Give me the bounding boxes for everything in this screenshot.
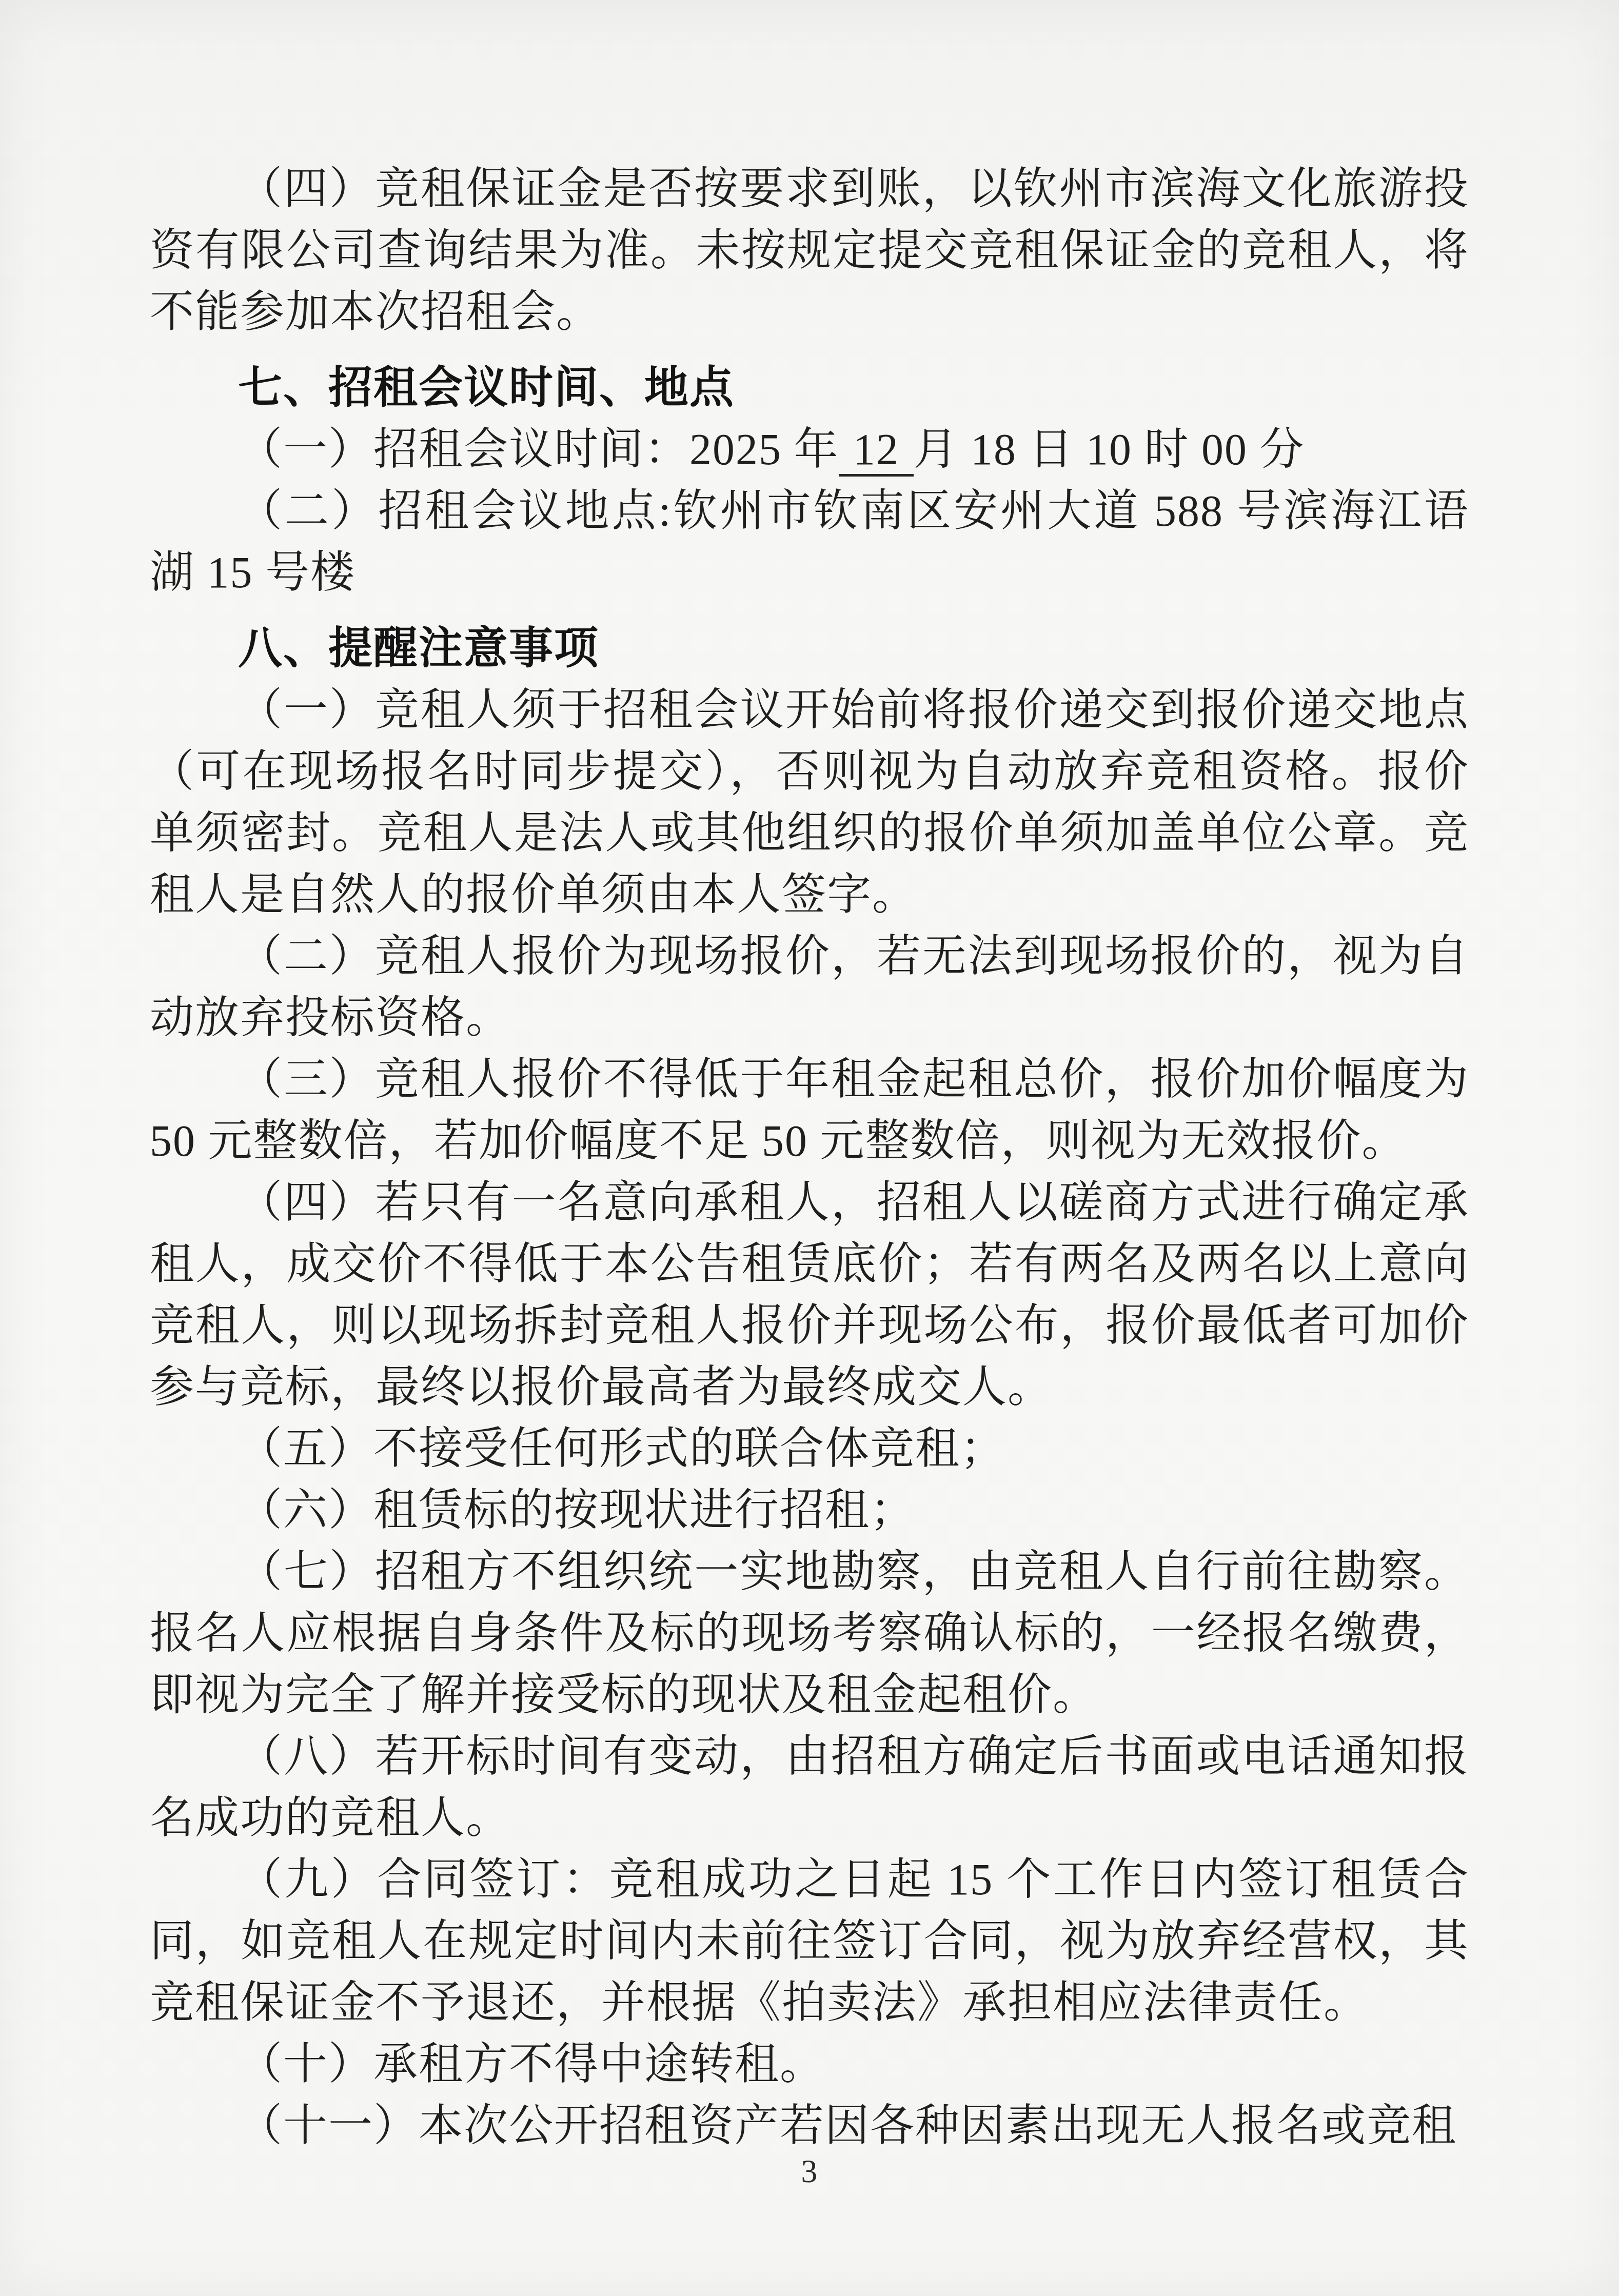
notice-2-onsite-quote: （二）竞租人报价为现场报价，若无法到现场报价的，视为自动放弃投标资格。: [150, 925, 1469, 1048]
paragraph-deposit-arrival: （四）竞租保证金是否按要求到账，以钦州市滨海文化旅游投资有限公司查询结果为准。未…: [150, 158, 1469, 343]
paragraph-meeting-time: （一）招租会议时间：2025 年12月 18 日 10 时 00 分: [150, 419, 1469, 480]
notice-8-time-change-notification: （八）若开标时间有变动，由招租方确定后书面或电话通知报名成功的竞租人。: [150, 1726, 1469, 1849]
meeting-time-suffix: 月 18 日 10 时 00 分: [914, 425, 1305, 474]
notice-6-as-is-leasing: （六）租赁标的按现状进行招租；: [150, 1479, 1469, 1541]
notice-7-site-inspection: （七）招租方不组织统一实地勘察，由竞租人自行前往勘察。报名人应根据自身条件及标的…: [150, 1541, 1469, 1726]
document-body: （四）竞租保证金是否按要求到账，以钦州市滨海文化旅游投资有限公司查询结果为准。未…: [150, 158, 1469, 2156]
meeting-time-prefix: （一）招租会议时间：2025 年: [238, 425, 839, 474]
page-number: 3: [0, 2152, 1619, 2190]
notice-3-minimum-bid-increment: （三）竞租人报价不得低于年租金起租总价，报价加价幅度为 50 元整数倍，若加价幅…: [150, 1048, 1469, 1172]
notice-9-contract-signing: （九）合同签订：竞租成功之日起 15 个工作日内签订租赁合同，如竞租人在规定时间…: [150, 1849, 1469, 2033]
document-page: （四）竞租保证金是否按要求到账，以钦州市滨海文化旅游投资有限公司查询结果为准。未…: [0, 0, 1619, 2296]
notice-11-no-bidders-case: （十一）本次公开招租资产若因各种因素出现无人报名或竞租: [150, 2095, 1469, 2156]
heading-section-8-notices: 八、提醒注意事项: [150, 618, 1469, 679]
notice-4-single-or-multiple-bidders: （四）若只有一名意向承租人，招租人以磋商方式进行确定承租人，成交价不得低于本公告…: [150, 1172, 1469, 1418]
notice-1-quote-submission: （一）竞租人须于招租会议开始前将报价递交到报价递交地点（可在现场报名时同步提交）…: [150, 679, 1469, 925]
meeting-time-month-underlined: 12: [839, 425, 914, 477]
notice-5-no-consortium: （五）不接受任何形式的联合体竞租；: [150, 1418, 1469, 1479]
notice-10-no-subletting: （十）承租方不得中途转租。: [150, 2033, 1469, 2095]
paragraph-meeting-location: （二）招租会议地点:钦州市钦南区安州大道 588 号滨海江语湖 15 号楼: [150, 480, 1469, 603]
heading-section-7-meeting-time-location: 七、招租会议时间、地点: [150, 357, 1469, 419]
